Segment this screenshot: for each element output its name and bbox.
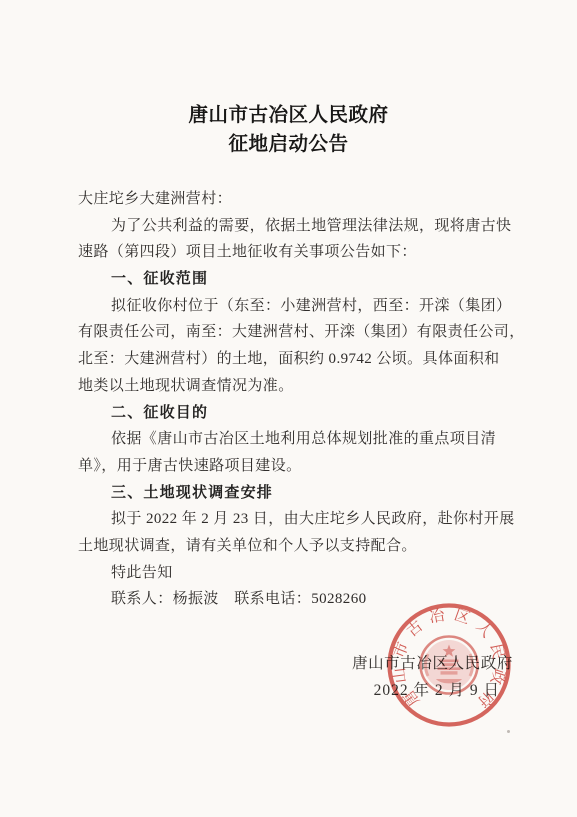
body-line-closing: 特此告知 <box>78 560 538 587</box>
body-line: 有限责任公司，南至：大建洲营村、开滦（集团）有限责任公司， <box>78 319 538 346</box>
body-line: 为了公共利益的需要，依据土地管理法律法规，现将唐古快 <box>78 213 538 240</box>
body-line: 地类以土地现状调查情况为准。 <box>78 373 538 400</box>
notice-page: 唐山市古冶区人民政府 征地启动公告 大庄坨乡大建洲营村： 为了公共利益的需要，依… <box>0 0 577 817</box>
body-line: 北至：大建洲营村）的土地，面积约 0.9742 公顷。具体面积和 <box>78 346 538 373</box>
section-heading-2: 二、征收目的 <box>78 400 538 427</box>
body-line: 拟于 2022 年 2 月 23 日，由大庄坨乡人民政府，赴你村开展 <box>78 506 538 533</box>
body-line: 单》，用于唐古快速路项目建设。 <box>78 453 538 480</box>
body-line: 土地现状调查，请有关单位和个人予以支持配合。 <box>78 533 538 560</box>
body-line: 速路（第四段）项目土地征收有关事项公告如下： <box>78 239 538 266</box>
body-line-salutation: 大庄坨乡大建洲营村： <box>78 186 538 213</box>
section-heading-3: 三、土地现状调查安排 <box>78 480 538 507</box>
title-line-issuer: 唐山市古冶区人民政府 <box>0 101 577 130</box>
scan-speck <box>507 730 510 733</box>
document-body: 大庄坨乡大建洲营村： 为了公共利益的需要，依据土地管理法律法规，现将唐古快 速路… <box>78 186 538 613</box>
national-emblem-icon <box>421 637 478 694</box>
document-title: 唐山市古冶区人民政府 征地启动公告 <box>0 101 577 159</box>
body-line: 拟征收你村位于（东至：小建洲营村，西至：开滦（集团） <box>78 293 538 320</box>
section-heading-1: 一、征收范围 <box>78 266 538 293</box>
title-line-subject: 征地启动公告 <box>0 130 577 159</box>
body-line: 依据《唐山市古冶区土地利用总体规划批准的重点项目清 <box>78 426 538 453</box>
official-seal: 唐山市古冶区人民政府 <box>386 602 512 728</box>
